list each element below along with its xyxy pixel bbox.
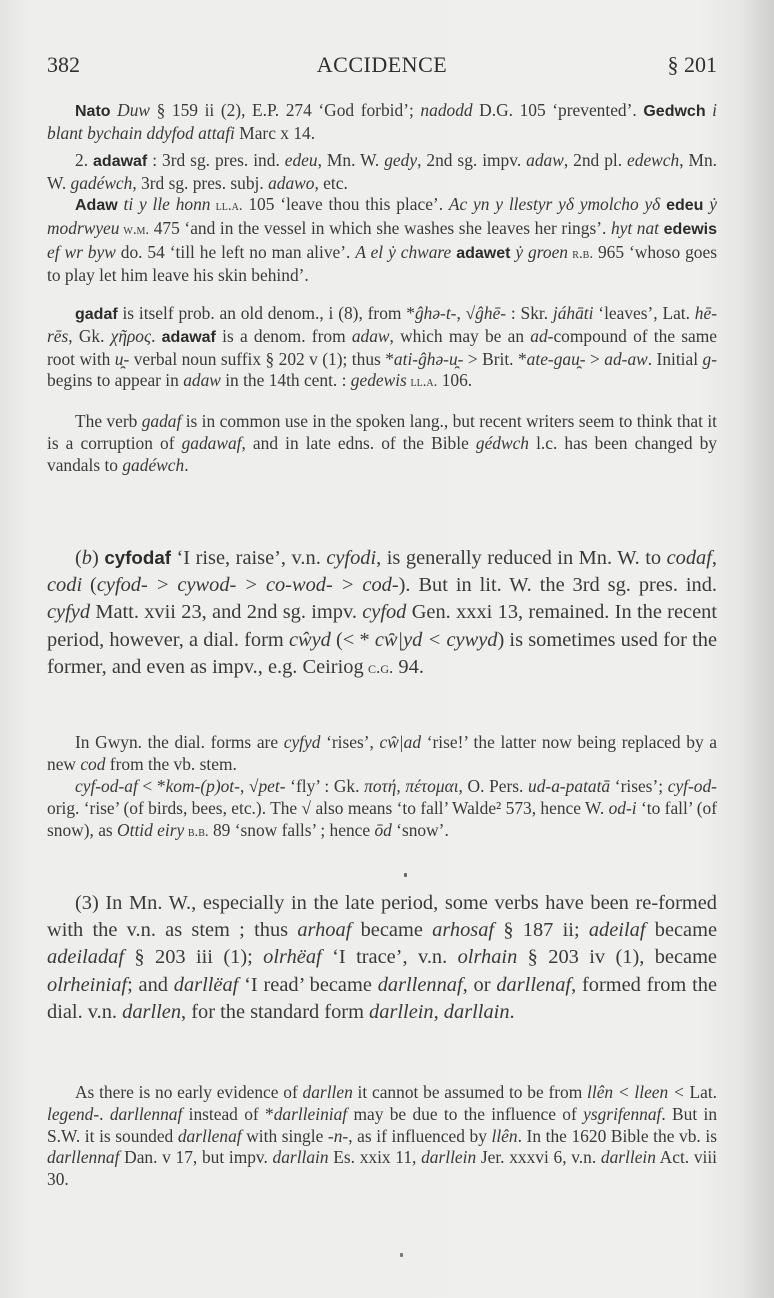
text-run: begins to appear in: [47, 370, 183, 390]
headword: Nato: [75, 103, 111, 120]
headword: adawaf: [93, 153, 147, 170]
italic-form: darllennaf: [47, 1147, 119, 1167]
italic-form: ποτή, πέτομαι: [364, 776, 458, 796]
italic-form: olrhëaf: [263, 946, 322, 968]
text-run: .: [151, 326, 162, 346]
italic-form: darllenaf: [178, 1126, 242, 1146]
italic-form: olrheiniaf: [47, 974, 127, 996]
text-run: Jer. xxxvi 6, v.n.: [476, 1147, 601, 1167]
italic-form: Duw: [111, 100, 150, 120]
italic-form: cyfyd: [47, 601, 90, 623]
italic-form: cyf-od-: [668, 776, 717, 796]
text-run: ‘rises’,: [320, 732, 379, 752]
italic-form: u̯-: [115, 349, 130, 369]
text-run: Dan. v 17, but impv.: [119, 1147, 272, 1167]
text-run: .: [184, 455, 188, 475]
italic-form: cyfodi: [326, 547, 376, 569]
text-run: , Mn. W.: [318, 150, 385, 170]
section-number: § 201: [668, 52, 718, 78]
text-run: ‘rises’;: [610, 776, 668, 796]
italic-form: jáhāti: [553, 303, 594, 323]
italic-form: darllein, darllain: [369, 1001, 509, 1023]
italic-form: kom-(p)ot-: [166, 776, 240, 796]
headword: cyfodaf: [104, 547, 171, 568]
text-run: : 3rd sg. pres. ind.: [147, 150, 285, 170]
italic-form: darllëaf: [174, 974, 239, 996]
paragraph: As there is no early evidence of darllen…: [47, 1082, 717, 1191]
text-run: § 187 ii;: [494, 919, 589, 941]
italic-form: cw̑|yd < cywyd: [375, 629, 498, 651]
italic-form: adeilaf: [589, 919, 646, 941]
headword: Gedwch: [643, 103, 705, 120]
italic-form: ef wr byw: [47, 242, 116, 262]
text-run: in the 14th cent. :: [221, 370, 351, 390]
headword: gadaf: [75, 306, 118, 323]
paragraph: gadaf is itself prob. an old denom., i (…: [47, 303, 717, 394]
text-run: , as if influenced by: [348, 1126, 491, 1146]
italic-form: olrhain: [458, 946, 518, 968]
text-run: instead of *: [182, 1104, 273, 1124]
italic-form: darllain: [273, 1147, 329, 1167]
paragraph: In Gwyn. the dial. forms are cyfyd ‘rise…: [47, 732, 717, 776]
italic-form: ad: [530, 326, 547, 346]
source-abbrev: b.b.: [184, 824, 208, 840]
text-run: . In the 1620 Bible the vb. is: [518, 1126, 717, 1146]
text-run: (< *: [331, 629, 375, 651]
headword: Adaw: [75, 197, 118, 214]
paragraph: 2. adawaf : 3rd sg. pres. ind. edeu, Mn.…: [47, 150, 717, 195]
italic-form: adawo: [268, 173, 314, 193]
text-run: , √: [240, 776, 259, 796]
italic-form: ysgrifennaf: [583, 1104, 661, 1124]
italic-form: gadaf: [142, 411, 182, 431]
text-run: , 3rd sg. pres. subj.: [132, 173, 268, 193]
italic-form: ĝhə-t-: [415, 303, 457, 323]
text-run: 475 ‘and in the vessel in which she wash…: [149, 218, 611, 238]
text-run: .: [510, 1001, 515, 1023]
text-run: do. 54 ‘till he left no man alive’.: [116, 242, 356, 262]
italic-form: gadawaf: [182, 433, 242, 453]
text-run: 106.: [437, 370, 472, 390]
italic-form: legend-: [47, 1104, 99, 1124]
text-run: became: [351, 919, 432, 941]
italic-form: pet-: [258, 776, 285, 796]
text-run: ‘I read’ became: [238, 974, 377, 996]
text-run: ‘snow’.: [392, 820, 449, 840]
text-run: , for the standard form: [181, 1001, 369, 1023]
text-run: 94.: [393, 656, 424, 678]
text-run: .: [99, 1104, 110, 1124]
paragraph: Nato Duw § 159 ii (2), E.P. 274 ‘God for…: [47, 100, 717, 145]
paragraph: (b) cyfodaf ‘I rise, raise’, v.n. cyfodi…: [47, 544, 717, 681]
italic-form: gadéwch: [122, 455, 184, 475]
text-run: from the vb. stem.: [105, 754, 236, 774]
italic-form: A el ẏ chware: [355, 242, 451, 262]
text-run: may be due to the influence of: [347, 1104, 583, 1124]
italic-form: ati-ĝhə-u̯-: [394, 349, 464, 369]
text-run: ): [92, 547, 104, 569]
italic-form: gedy: [384, 150, 417, 170]
italic-form: od-i: [609, 798, 637, 818]
italic-form: gedewis: [351, 370, 407, 390]
text-run: ; and: [127, 974, 174, 996]
source-abbrev: ll.a.: [211, 198, 243, 214]
italic-form: Ac yn y llestyr yδ ymolcho yδ: [449, 194, 660, 214]
italic-form: ad-aw: [604, 349, 647, 369]
text-run: , √: [456, 303, 475, 323]
text-run: , or: [463, 974, 497, 996]
text-run: with single: [242, 1126, 328, 1146]
text-run: orig. ‘rise’ (of birds, bees, etc.). The…: [47, 798, 609, 818]
text-run: 89 ‘snow falls’ ; hence: [209, 820, 375, 840]
source-abbrev: w.m.: [119, 222, 149, 238]
text-run: Es. xxix 11,: [329, 1147, 422, 1167]
text-run: ‘leaves’, Lat.: [593, 303, 694, 323]
text-run: § 159 ii (2), E.P. 274 ‘God forbid’;: [150, 100, 420, 120]
italic-form: codi: [47, 574, 82, 596]
italic-form: llên < lleen <: [587, 1082, 685, 1102]
text-run: D.G. 105 ‘prevented’.: [473, 100, 644, 120]
italic-form: cŵyd: [289, 629, 331, 651]
text-run: 2.: [75, 150, 93, 170]
text-run: , Gk.: [68, 326, 110, 346]
text-run: ‘I rise, raise’, v.n.: [171, 547, 326, 569]
text-run: The verb: [75, 411, 142, 431]
text-run: verbal noun suffix § 202 v (1); thus *: [129, 349, 394, 369]
text-run: 105 ‘leave thou this place’.: [243, 194, 449, 214]
italic-form: adaw: [183, 370, 221, 390]
italic-form: arhoaf: [297, 919, 351, 941]
italic-form: ĝhē-: [475, 303, 506, 323]
italic-form: adaw: [526, 150, 564, 170]
italic-form: darllenaf: [496, 974, 571, 996]
paragraph: (3) In Mn. W., especially in the late pe…: [47, 890, 717, 1026]
paragraph: Adaw ti y lle honn ll.a. 105 ‘leave thou…: [47, 194, 717, 287]
italic-form: cyfyd: [284, 732, 321, 752]
italic-form: g-: [703, 349, 718, 369]
source-abbrev: c.g.: [364, 658, 394, 677]
italic-form: arhosaf: [432, 919, 494, 941]
text-run: § 203 iii (1);: [124, 946, 263, 968]
italic-form: cod: [80, 754, 105, 774]
text-run: it cannot be assumed to be from: [353, 1082, 587, 1102]
text-run: ). But in lit. W. the 3rd sg. pres. ind.: [399, 574, 717, 596]
italic-form: adaw: [352, 326, 390, 346]
italic-form: ẏ groen: [510, 242, 568, 262]
italic-form: nadodd: [420, 100, 472, 120]
italic-form: darllein: [601, 1147, 656, 1167]
text-run: (: [75, 547, 82, 569]
text-run: is a denom. from: [216, 326, 352, 346]
italic-form: edewch: [627, 150, 679, 170]
text-run: , which may be an: [390, 326, 531, 346]
italic-form: darllen: [303, 1082, 353, 1102]
italic-form: cyf-od-af: [75, 776, 138, 796]
italic-form: χῆρος: [111, 326, 151, 346]
paragraph: cyf-od-af < *kom-(p)ot-, √pet- ‘fly’ : G…: [47, 776, 717, 843]
italic-form: darllen: [122, 1001, 181, 1023]
text-run: , etc.: [314, 173, 347, 193]
italic-form: darllennaf: [378, 974, 463, 996]
italic-form: cw̑|ad: [380, 732, 422, 752]
text-run: ,: [712, 547, 717, 569]
headword: edeu: [666, 197, 703, 214]
italic-form: darllennaf: [110, 1104, 182, 1124]
text-run: (: [82, 574, 97, 596]
text-run: § 203 iv (1), became: [517, 946, 717, 968]
text-run: : Skr.: [506, 303, 553, 323]
text-run: Lat.: [685, 1082, 717, 1102]
text-run: , is generally reduced in Mn. W. to: [376, 547, 666, 569]
text-run: ‘fly’ : Gk.: [286, 776, 365, 796]
italic-form: llên: [492, 1126, 518, 1146]
paragraph: The verb gadaf is in common use in the s…: [47, 411, 717, 476]
headword: adawet: [456, 245, 510, 262]
text-run: Marc x 14.: [235, 123, 315, 143]
text-run: , 2nd pl.: [564, 150, 627, 170]
text-run: As there is no early evidence of: [75, 1082, 303, 1102]
text-run: Matt. xvii 23, and 2nd sg. impv.: [90, 601, 362, 623]
text-run: ‘I trace’, v.n.: [322, 946, 458, 968]
italic-form: edeu: [285, 150, 318, 170]
italic-form: gadéwch: [71, 173, 133, 193]
italic-form: ti y lle honn: [118, 194, 211, 214]
book-page: 382 ACCIDENCE § 201 Nato Duw § 159 ii (2…: [0, 0, 774, 1298]
text-run: is itself prob. an old denom., i (8), fr…: [118, 303, 415, 323]
italic-form: Ottid eiry: [117, 820, 184, 840]
italic-form: cyfod- > cywod- > co-wod- > cod-: [97, 574, 399, 596]
source-abbrev: r.b.: [568, 246, 593, 262]
italic-form: gédwch: [476, 433, 529, 453]
text-run: < *: [138, 776, 166, 796]
italic-form: hyt nat: [611, 218, 659, 238]
italic-form: darlleiniaf: [274, 1104, 347, 1124]
italic-form: darllein: [421, 1147, 476, 1167]
text-run: . Initial: [648, 349, 703, 369]
text-run: >: [586, 349, 605, 369]
headword: adawaf: [162, 329, 216, 346]
ink-speck: [400, 1253, 403, 1257]
italic-form: ate-gau̯-: [527, 349, 586, 369]
source-abbrev: ll.a.: [407, 374, 438, 390]
text-run: , and in late edns. of the Bible: [242, 433, 476, 453]
text-run: , 2nd sg. impv.: [417, 150, 526, 170]
italic-form: codaf: [667, 547, 712, 569]
italic-form: ud-a-patatā: [528, 776, 610, 796]
ink-speck: [404, 873, 407, 877]
text-run: , O. Pers.: [459, 776, 528, 796]
italic-form: ōd: [374, 820, 391, 840]
running-head: 382 ACCIDENCE § 201: [47, 52, 717, 82]
italic-form: b: [82, 547, 92, 569]
italic-form: adeiladaf: [47, 946, 124, 968]
text-run: In Gwyn. the dial. forms are: [75, 732, 284, 752]
chapter-title: ACCIDENCE: [47, 52, 717, 78]
text-run: > Brit. *: [463, 349, 526, 369]
headword: edewis: [664, 221, 717, 238]
italic-form: -n-: [328, 1126, 348, 1146]
italic-form: cyfod: [362, 601, 406, 623]
text-run: became: [646, 919, 718, 941]
